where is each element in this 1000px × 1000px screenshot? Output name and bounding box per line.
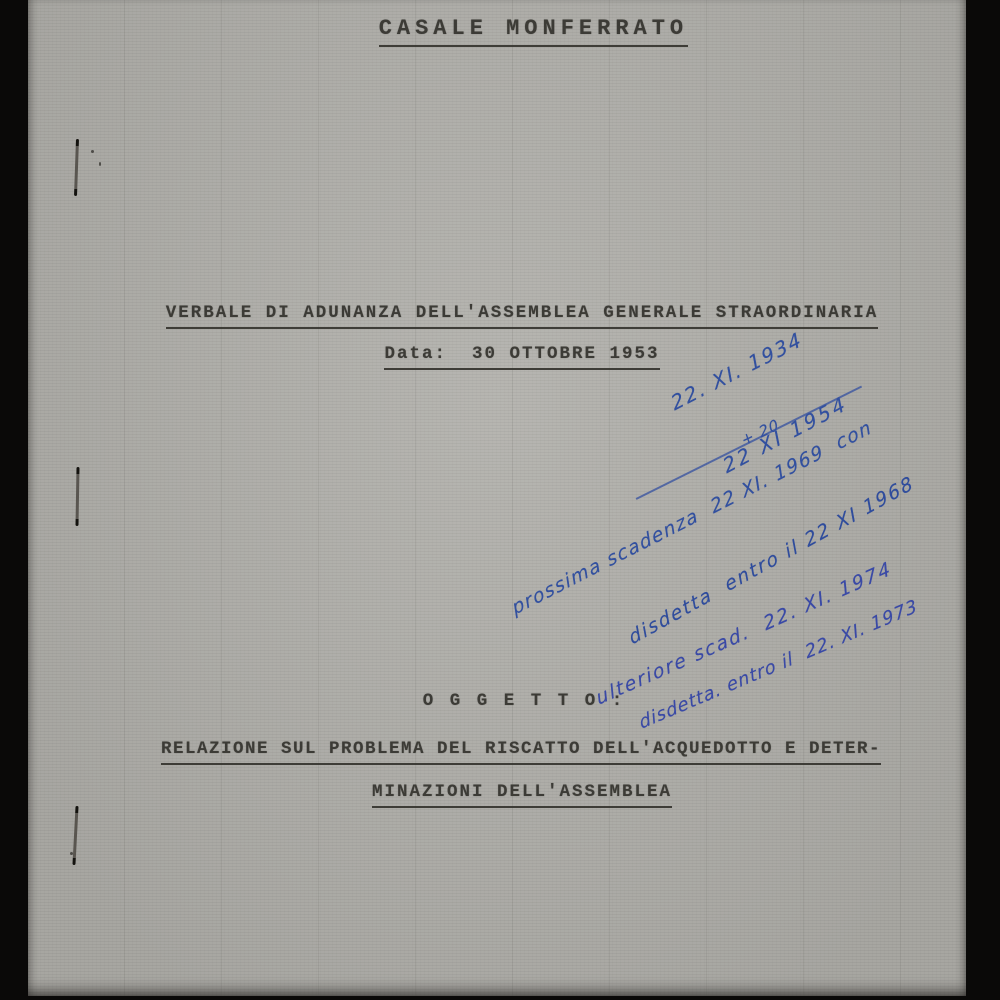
subject-line-2: MINAZIONI DELL'ASSEMBLEA (28, 759, 966, 830)
ink-speck (91, 150, 94, 153)
ink-speck (99, 162, 101, 166)
date-line: Data: 30 OTTOBRE 1953 (28, 321, 966, 392)
letterhead-city-text: CASALE MONFERRATO (379, 16, 688, 47)
scan-edge-bottom (0, 996, 1000, 1000)
paper-texture (28, 0, 966, 996)
subject-line-2-text: MINAZIONI DELL'ASSEMBLEA (372, 781, 672, 808)
document-page (28, 0, 966, 996)
ink-speck (70, 852, 73, 855)
scan-edge-right (966, 0, 1000, 1000)
date-line-text: Data: 30 OTTOBRE 1953 (384, 343, 659, 370)
letterhead-city: CASALE MONFERRATO (28, 0, 966, 73)
scan-edge-left (0, 0, 28, 1000)
scanned-document: CASALE MONFERRATO VERBALE DI ADUNANZA DE… (0, 0, 1000, 1000)
